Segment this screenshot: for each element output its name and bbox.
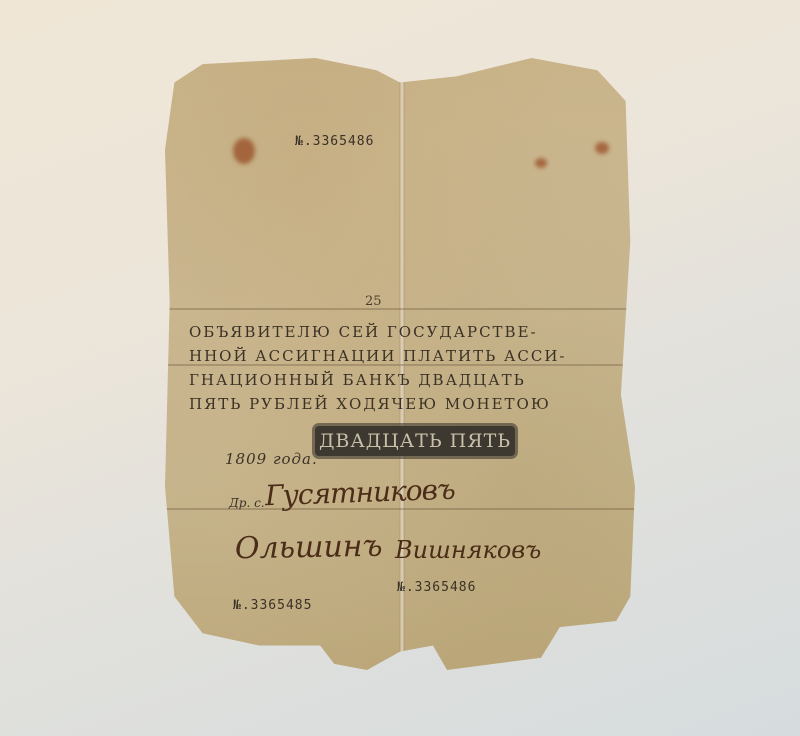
rust-stain <box>233 138 255 164</box>
signature-3: Вишняковъ <box>395 536 541 564</box>
denomination-banner: ДВАДЦАТЬ ПЯТЬ <box>315 426 515 456</box>
signature-label: Др. с. <box>229 496 265 510</box>
year-text: 1809 года. <box>225 450 318 468</box>
text-line: гнационный банкъ двадцать <box>189 368 609 392</box>
serial-number-top: №.3365486 <box>295 134 374 149</box>
signature-1: Гусятниковъ <box>264 473 455 513</box>
serial-number-bottom-left: №.3365485 <box>233 598 312 613</box>
text-line: пять рублей ходячею монетою <box>189 392 609 416</box>
rust-stain <box>595 142 609 154</box>
rust-stain <box>535 158 547 168</box>
text-line: Объявителю сей государстве- <box>189 320 609 344</box>
signature-2: Ольшинъ <box>235 529 383 567</box>
note-text: Объявителю сей государстве- нной ассигна… <box>189 320 609 416</box>
banknote: №.3365486 25 Объявителю сей государстве-… <box>165 58 635 670</box>
serial-number-bottom-right: №.3365486 <box>397 580 476 595</box>
denomination-numeral: 25 <box>365 294 382 309</box>
horizontal-fold <box>165 308 635 310</box>
text-line: нной ассигнации платить асси- <box>189 344 609 368</box>
